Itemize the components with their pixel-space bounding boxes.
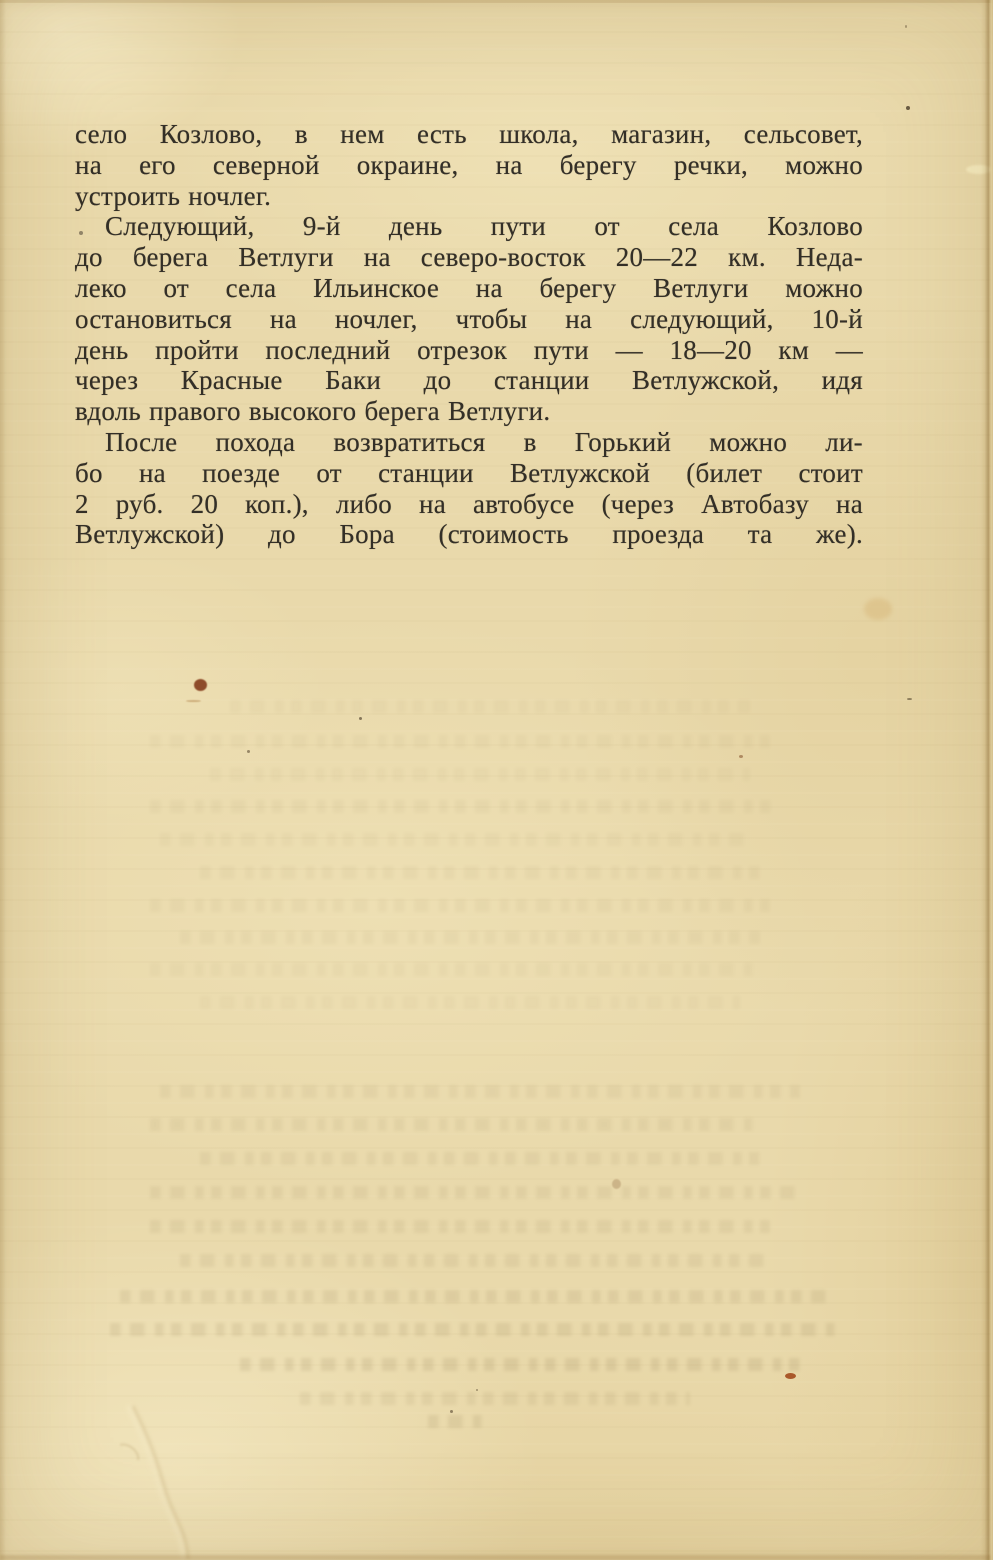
book-page: селоКозлово,внеместьшкола,магазин,сельсо… [0,0,993,1560]
scan-vignette [0,0,993,1560]
